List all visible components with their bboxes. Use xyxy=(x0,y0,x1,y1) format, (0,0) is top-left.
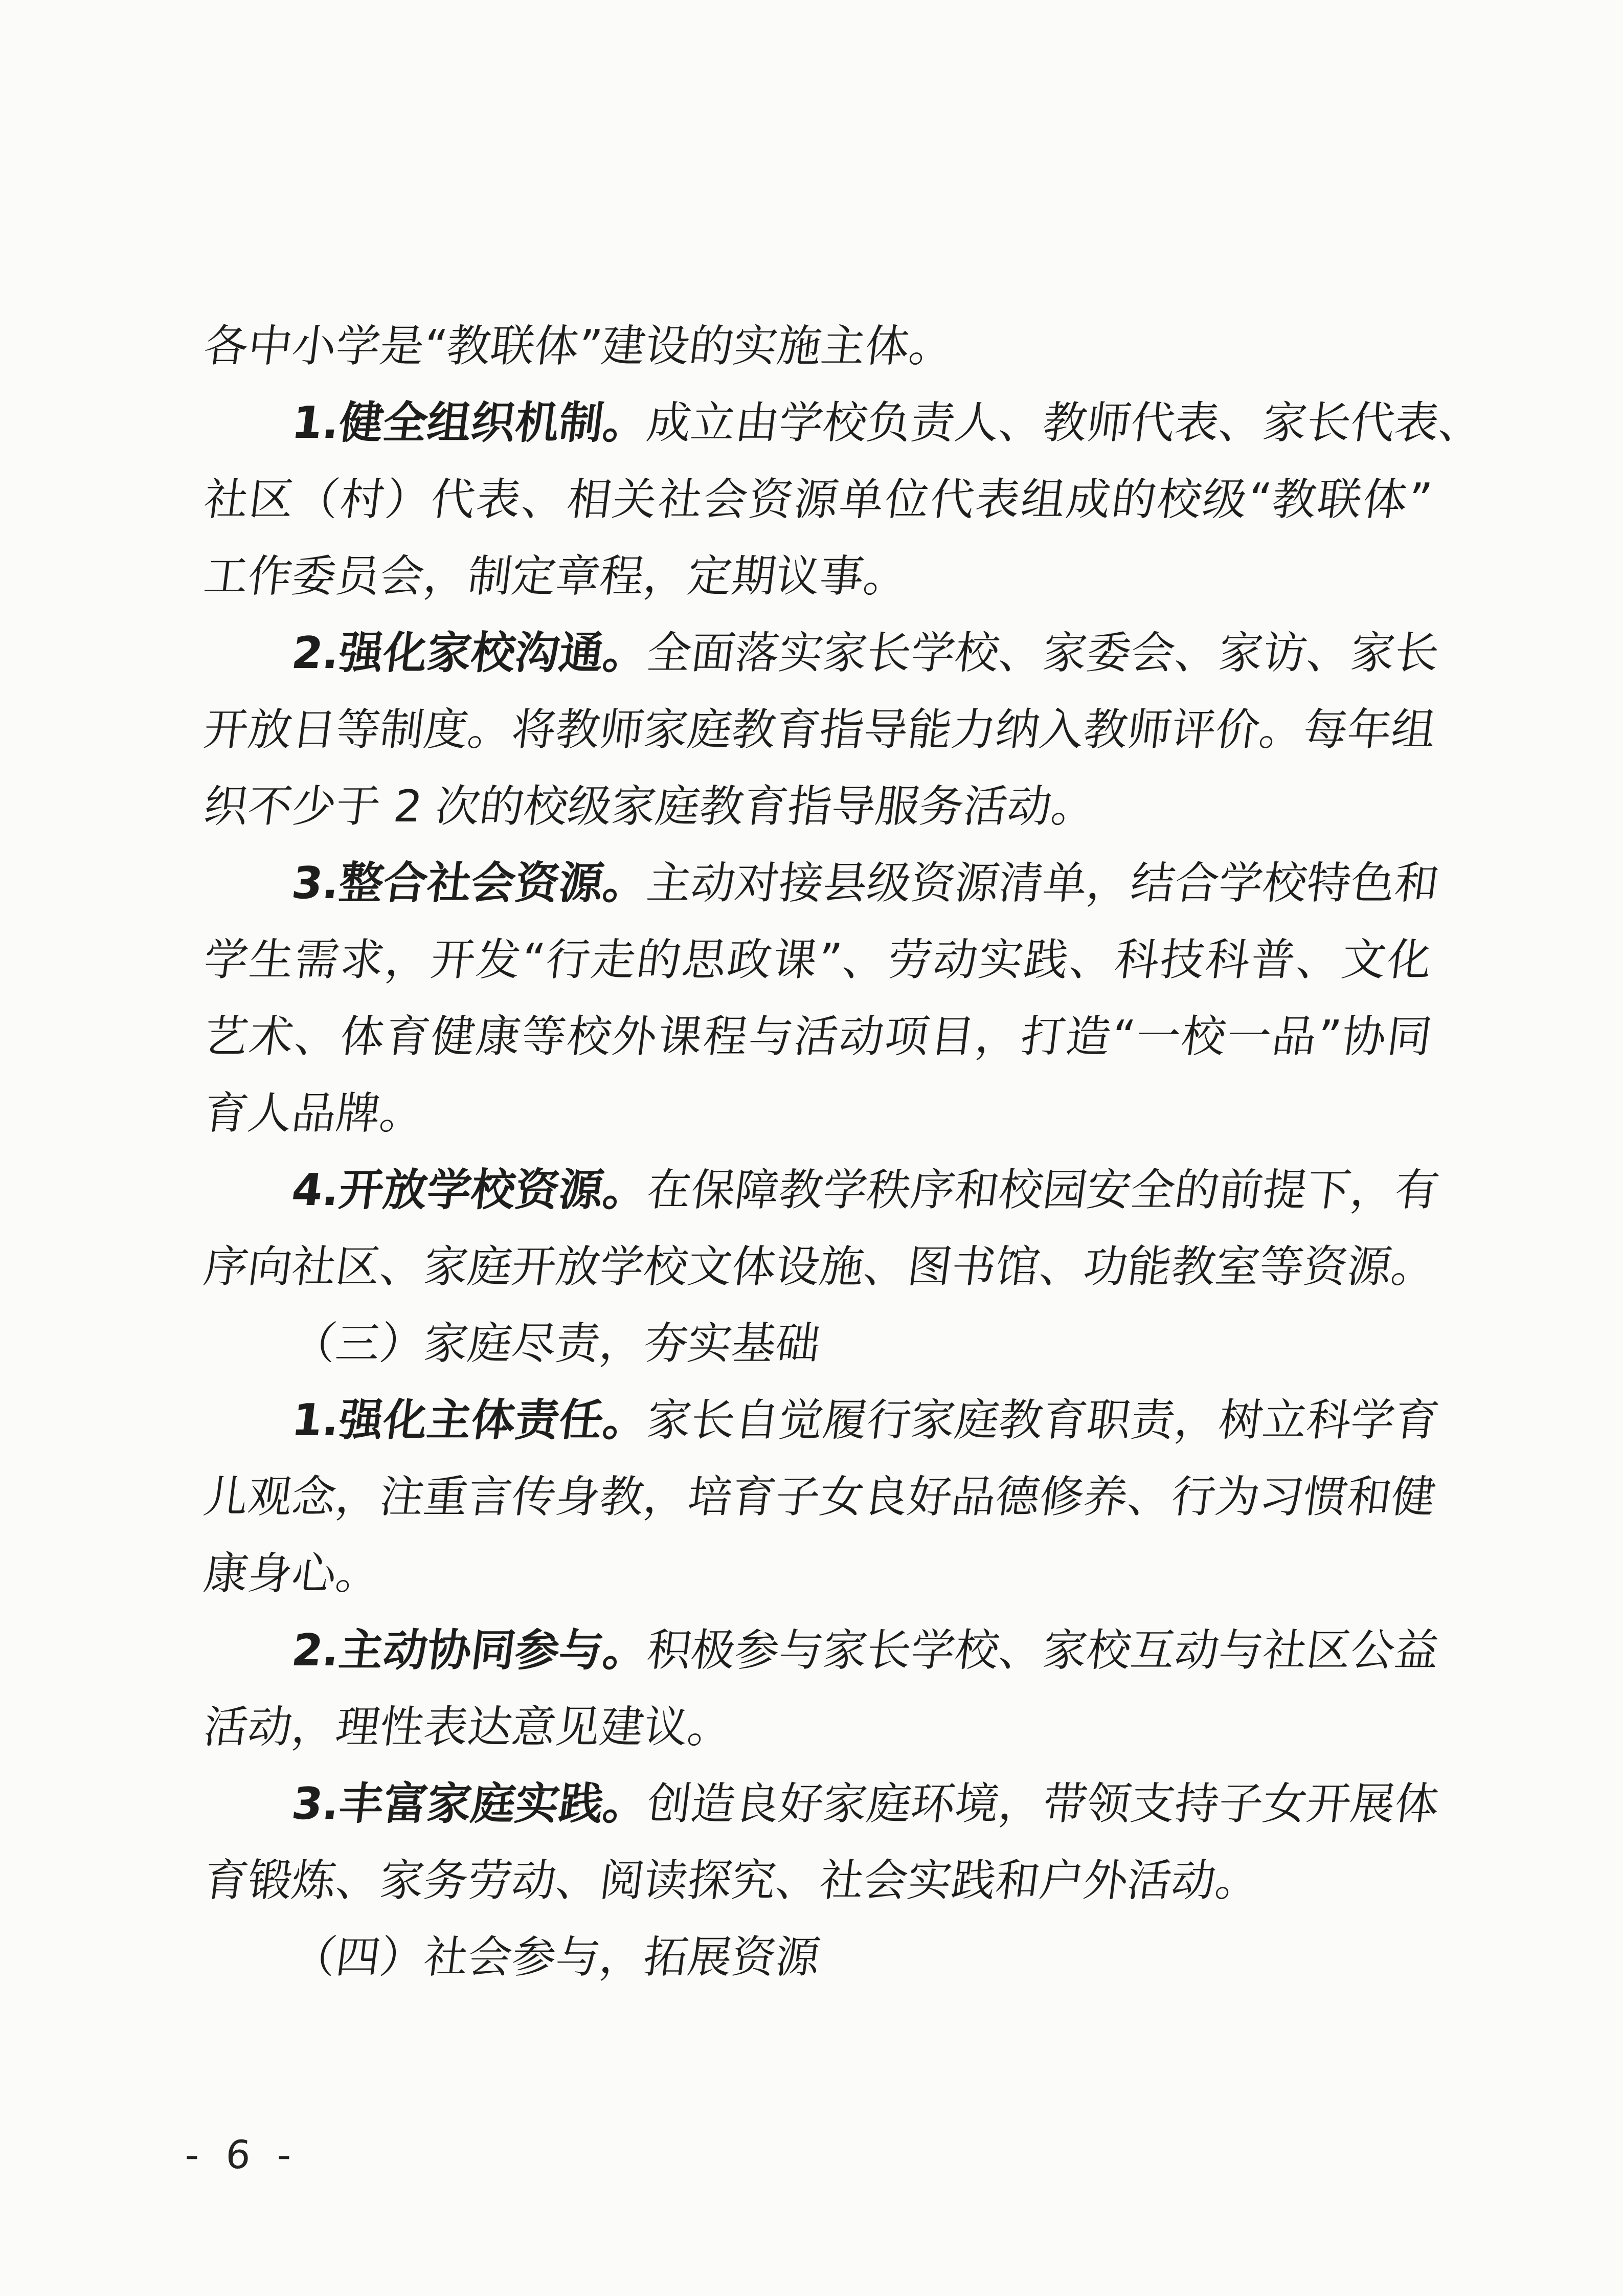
paragraph-lead: 3.丰富家庭实践。 xyxy=(289,1778,650,1830)
text-line: 活动，理性表达意见建议。 xyxy=(199,1689,1436,1766)
line-text: 儿观念，注重言传身教，培育子女良好品德修养、行为习惯和健 xyxy=(201,1472,1438,1523)
text-line: 2.主动协同参与。积极参与家长学校、家校互动与社区公益 xyxy=(199,1612,1436,1689)
text-line: 4.开放学校资源。在保障教学秩序和校园安全的前提下，有 xyxy=(199,1152,1436,1229)
document-body: 各中小学是“教联体”建设的实施主体。 1.健全组织机制。成立由学校负责人、教师代… xyxy=(199,308,1427,1996)
line-text: 学生需求，开发“行走的思政课”、劳动实践、科技科普、文化 xyxy=(201,934,1434,986)
line-text: 积极参与家长学校、家校互动与社区公益 xyxy=(644,1625,1442,1676)
paragraph-lead: 1.强化主体责任。 xyxy=(289,1395,650,1446)
line-text: 家长自觉履行家庭教育职责，树立科学育 xyxy=(644,1395,1442,1446)
page-number: - 6 - xyxy=(183,2127,300,2183)
paragraph-lead: 2.主动协同参与。 xyxy=(289,1625,650,1676)
section-heading: （三）家庭尽责，夯实基础 xyxy=(199,1305,1436,1382)
text-line: 3.丰富家庭实践。创造良好家庭环境，带领支持子女开展体 xyxy=(199,1766,1436,1842)
text-line: 序向社区、家庭开放学校文体设施、图书馆、功能教室等资源。 xyxy=(199,1229,1436,1305)
line-text: 育锻炼、家务劳动、阅读探究、社会实践和户外活动。 xyxy=(201,1855,1263,1906)
text-line: 社区（村）代表、相关社会资源单位代表组成的校级“教联体” xyxy=(199,461,1436,538)
line-text: 成立由学校负责人、教师代表、家长代表、 xyxy=(644,397,1486,449)
text-line: 1.健全组织机制。成立由学校负责人、教师代表、家长代表、 xyxy=(199,385,1436,461)
paragraph-lead: 1.健全组织机制。 xyxy=(289,397,650,449)
line-text: 序向社区、家庭开放学校文体设施、图书馆、功能教室等资源。 xyxy=(201,1241,1438,1292)
line-text: 艺术、体育健康等校外课程与活动项目，打造“一校一品”协同 xyxy=(201,1011,1434,1062)
text-line: 各中小学是“教联体”建设的实施主体。 xyxy=(199,308,1436,385)
line-text: （四）社会参与，拓展资源 xyxy=(289,1932,823,1983)
text-line: 康身心。 xyxy=(199,1535,1436,1612)
text-line: 艺术、体育健康等校外课程与活动项目，打造“一校一品”协同 xyxy=(199,998,1436,1075)
text-line: 育锻炼、家务劳动、阅读探究、社会实践和户外活动。 xyxy=(199,1842,1436,1919)
text-line: 1.强化主体责任。家长自觉履行家庭教育职责，树立科学育 xyxy=(199,1382,1436,1459)
text-line: 育人品牌。 xyxy=(199,1075,1436,1152)
text-line: 学生需求，开发“行走的思政课”、劳动实践、科技科普、文化 xyxy=(199,922,1436,998)
line-text: 在保障教学秩序和校园安全的前提下，有 xyxy=(644,1165,1442,1216)
line-text: 织不少于 2 次的校级家庭教育指导服务活动。 xyxy=(201,781,1099,832)
text-line: 3.整合社会资源。主动对接县级资源清单，结合学校特色和 xyxy=(199,845,1436,922)
line-text: 全面落实家长学校、家委会、家访、家长 xyxy=(644,628,1442,679)
line-text: 各中小学是“教联体”建设的实施主体。 xyxy=(201,321,956,372)
paragraph-lead: 4.开放学校资源。 xyxy=(289,1165,650,1216)
text-line: 工作委员会，制定章程，定期议事。 xyxy=(199,538,1436,615)
line-text: 工作委员会，制定章程，定期议事。 xyxy=(201,551,911,602)
section-heading: （四）社会参与，拓展资源 xyxy=(199,1919,1436,1996)
paragraph-lead: 3.整合社会资源。 xyxy=(289,858,650,909)
line-text: 社区（村）代表、相关社会资源单位代表组成的校级“教联体” xyxy=(201,474,1434,525)
text-line: 织不少于 2 次的校级家庭教育指导服务活动。 xyxy=(199,768,1436,845)
paragraph-lead: 2.强化家校沟通。 xyxy=(289,628,650,679)
line-text: 开放日等制度。将教师家庭教育指导能力纳入教师评价。每年组 xyxy=(201,704,1438,755)
line-text: 康身心。 xyxy=(201,1548,383,1599)
line-text: 创造良好家庭环境，带领支持子女开展体 xyxy=(644,1778,1442,1830)
line-text: 活动，理性表达意见建议。 xyxy=(201,1702,735,1753)
scanned-page: 各中小学是“教联体”建设的实施主体。 1.健全组织机制。成立由学校负责人、教师代… xyxy=(0,0,1623,2296)
text-line: 儿观念，注重言传身教，培育子女良好品德修养、行为习惯和健 xyxy=(199,1459,1436,1535)
line-text: 育人品牌。 xyxy=(201,1088,427,1139)
line-text: （三）家庭尽责，夯实基础 xyxy=(289,1318,823,1369)
text-line: 2.强化家校沟通。全面落实家长学校、家委会、家访、家长 xyxy=(199,615,1436,692)
line-text: 主动对接县级资源清单，结合学校特色和 xyxy=(644,858,1442,909)
text-line: 开放日等制度。将教师家庭教育指导能力纳入教师评价。每年组 xyxy=(199,692,1436,768)
